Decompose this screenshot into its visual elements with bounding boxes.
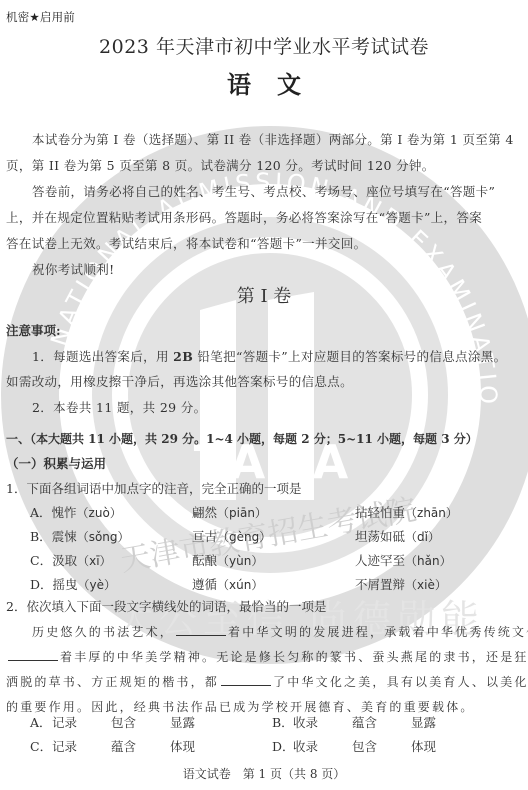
q2-option-word: 蕴含	[352, 715, 377, 731]
subject-title: 语文	[0, 70, 528, 100]
q1-word: 摇曳	[53, 577, 78, 592]
notice-item-1-line2: 如需改动，用橡皮擦干净后，再选涂其他答案标号的信息点。	[6, 374, 353, 390]
intro-wish: 祝你考试顺利!	[32, 262, 114, 278]
q1-pinyin: （dǐ）	[405, 530, 440, 544]
intro-p1-line1: 本试卷分为第 I 卷（选择题）、第 II 卷（非选择题）两部分。第 I 卷为第 …	[32, 132, 514, 148]
q1-option-label: C．	[30, 553, 52, 568]
q1-pinyin: （yè）	[78, 578, 117, 592]
q1-word: 遵循	[192, 577, 217, 592]
q2-blank-3	[221, 674, 271, 686]
intro-p1-line2: 页，第 II 卷为第 5 页至第 8 页。试卷满分 120 分。考试时间 120…	[6, 158, 435, 174]
q2-option-word: 收录	[293, 739, 318, 755]
q1-pinyin: （xún）	[217, 578, 263, 592]
q1-word: 亘古	[192, 529, 217, 544]
q2-option-word: 蕴含	[111, 739, 136, 755]
page-footer: 语文试卷 第 1 页（共 8 页）	[0, 766, 528, 782]
q2-passage-text: 了中华文化之美，具有以美育人、以美化人	[273, 675, 528, 689]
q1-option-label: B．	[30, 529, 52, 544]
q2-option-word: 收录	[293, 715, 318, 731]
q2-passage-text: 着中华文明的发展进程，承载着中华优秀传统文化，	[228, 625, 528, 639]
q2-option-word: 体现	[170, 739, 195, 755]
q1-word: 汲取	[52, 553, 77, 568]
intro-p2-line1: 答卷前，请务必将自己的姓名、考生号、考点校、考场号、座位号填写在“答题卡”	[32, 184, 495, 200]
q2-option-word: 包含	[111, 715, 136, 731]
exam-title: 2023 年天津市初中学业水平考试试卷	[0, 35, 528, 59]
q2-option-word: 记录	[52, 715, 77, 731]
q2-option-label: D．	[272, 739, 295, 755]
q1-word: 坦荡如砥	[355, 529, 405, 544]
q1-word: 拈轻怕重	[355, 505, 405, 520]
q2-blank-1	[176, 624, 226, 636]
q1-pinyin: （xī）	[77, 554, 111, 568]
notice-item-1-text-c: 铅笔把“答题卡”上对应题目的答案标号的信息点涂黑。	[193, 349, 506, 364]
section1-subheading: （一）积累与运用	[6, 456, 106, 472]
q2-option-word: 显露	[411, 715, 436, 731]
q2-passage-line2: 着丰厚的中华美学精神。无论是修长匀称的篆书、蚕头燕尾的隶书，还是狂放	[6, 649, 528, 665]
q1-pinyin: （zhān）	[405, 506, 458, 520]
exam-page: 机密★启用前 2023 年天津市初中学业水平考试试卷 语文 本试卷分为第 I 卷…	[0, 0, 528, 790]
q1-word: 愧怍	[52, 505, 77, 520]
notice-heading: 注意事项:	[6, 323, 61, 339]
q1-pinyin: （gèng）	[217, 530, 271, 544]
q1-word: 翩然	[192, 505, 217, 520]
q2-stem: 2．依次填入下面一段文字横线处的词语，最恰当的一项是	[6, 599, 326, 615]
section1-heading: 一、（本大题共 11 小题，共 29 分。1~4 小题，每题 2 分；5~11 …	[6, 431, 478, 447]
q1-word: 人迹罕至	[355, 553, 405, 568]
q1-option-label: D．	[30, 577, 53, 592]
q1-word: 酝酿	[192, 553, 217, 568]
q2-option-label: B．	[272, 715, 294, 731]
q2-option-word: 体现	[411, 739, 436, 755]
q2-option-word: 记录	[52, 739, 77, 755]
secret-label: 机密★启用前	[6, 9, 75, 25]
q1-word: 震悚	[52, 529, 77, 544]
intro-p2-line2: 上，并在规定位置粘贴考试用条形码。答题时，务必将答案涂写在“答题卡”上，答案	[6, 210, 482, 226]
q2-passage-text: 着丰厚的中华美学精神。无论是修长匀称的篆书、蚕头燕尾的隶书，还是狂放	[60, 650, 528, 664]
q2-option-label: C．	[30, 739, 52, 755]
q1-option-label: A．	[30, 505, 52, 520]
q2-passage-line1: 历史悠久的书法艺术，着中华文明的发展进程，承载着中华优秀传统文化，	[32, 624, 528, 640]
q1-pinyin: （xiè）	[405, 578, 447, 592]
q2-option-word: 包含	[352, 739, 377, 755]
q1-word: 不屑置辩	[355, 577, 405, 592]
q1-pinyin: （piān）	[217, 506, 267, 520]
q1-pinyin: （zuò）	[77, 506, 122, 520]
intro-p2-line3: 答在试卷上无效。考试结束后，将本试卷和“答题卡”一并交回。	[6, 236, 366, 252]
q1-pinyin: （sǒng）	[77, 530, 130, 544]
q1-stem: 1．下面各组词语中加点字的注音，完全正确的一项是	[6, 481, 301, 497]
notice-item-1-line1: 1．每题选出答案后，用 2B 铅笔把“答题卡”上对应题目的答案标号的信息点涂黑。	[32, 349, 506, 365]
q2-passage-text: 洒脱的草书、方正规矩的楷书，都	[6, 675, 219, 689]
part1-title: 第 I 卷	[0, 286, 528, 308]
q1-pinyin: （hǎn）	[405, 554, 452, 568]
q2-option-label: A．	[30, 715, 52, 731]
notice-item-2: 2．本卷共 11 题，共 29 分。	[32, 400, 206, 416]
q1-pinyin: （yùn）	[217, 554, 263, 568]
notice-item-1-text-a: 1．每题选出答案后，用	[32, 349, 173, 364]
q2-option-word: 显露	[170, 715, 195, 731]
notice-item-1-pencil: 2B	[173, 349, 193, 364]
q2-passage-text: 历史悠久的书法艺术，	[32, 625, 174, 639]
q2-passage-line4: 的重要作用。因此，经典书法作品已成为学校开展德育、美育的重要载体。	[6, 699, 475, 715]
q2-passage-line3: 洒脱的草书、方正规矩的楷书，都了中华文化之美，具有以美育人、以美化人	[6, 674, 528, 690]
q2-blank-2	[8, 649, 58, 661]
